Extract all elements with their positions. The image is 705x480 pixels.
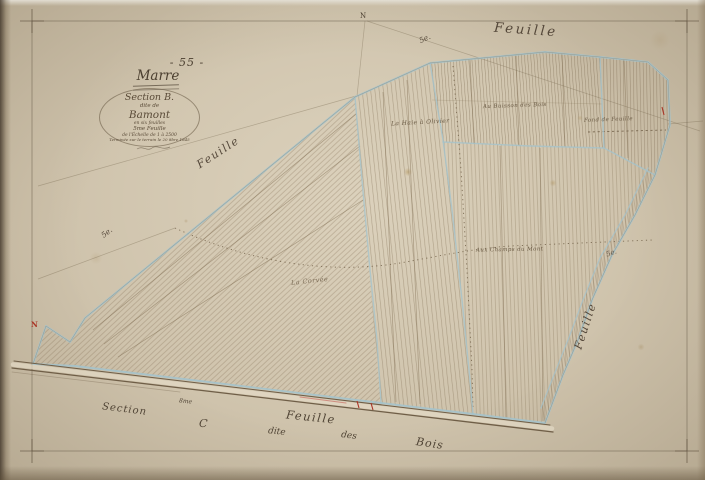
cartouche-lieu: Bamont bbox=[129, 109, 170, 121]
scan-edge-left bbox=[0, 0, 11, 480]
red-boundary-letter: N bbox=[31, 320, 38, 329]
scan-edge-top bbox=[0, 0, 705, 6]
title-cartouche: Section B. dite de Bamont en six feuille… bbox=[99, 88, 200, 147]
lieu-dit-label: Aux Champs du Mont bbox=[476, 246, 544, 253]
cartouche-termine: Terminée sur le terrain le 20 8bre 1845 bbox=[109, 138, 189, 143]
north-tick: N bbox=[360, 12, 366, 20]
cadastral-map-sheet: - 55 - Marre Section B. dite de Bamont e… bbox=[0, 0, 705, 480]
surveyor-signature bbox=[137, 147, 170, 150]
caption-des: des bbox=[340, 430, 357, 442]
scan-edge-right bbox=[697, 0, 705, 480]
caption-section-letter: C bbox=[198, 417, 208, 431]
caption-dite: dite bbox=[268, 426, 287, 438]
scan-edge-bottom bbox=[0, 466, 705, 480]
commune-name: Marre bbox=[127, 68, 189, 84]
caption-ordinal: 8me bbox=[179, 397, 193, 405]
